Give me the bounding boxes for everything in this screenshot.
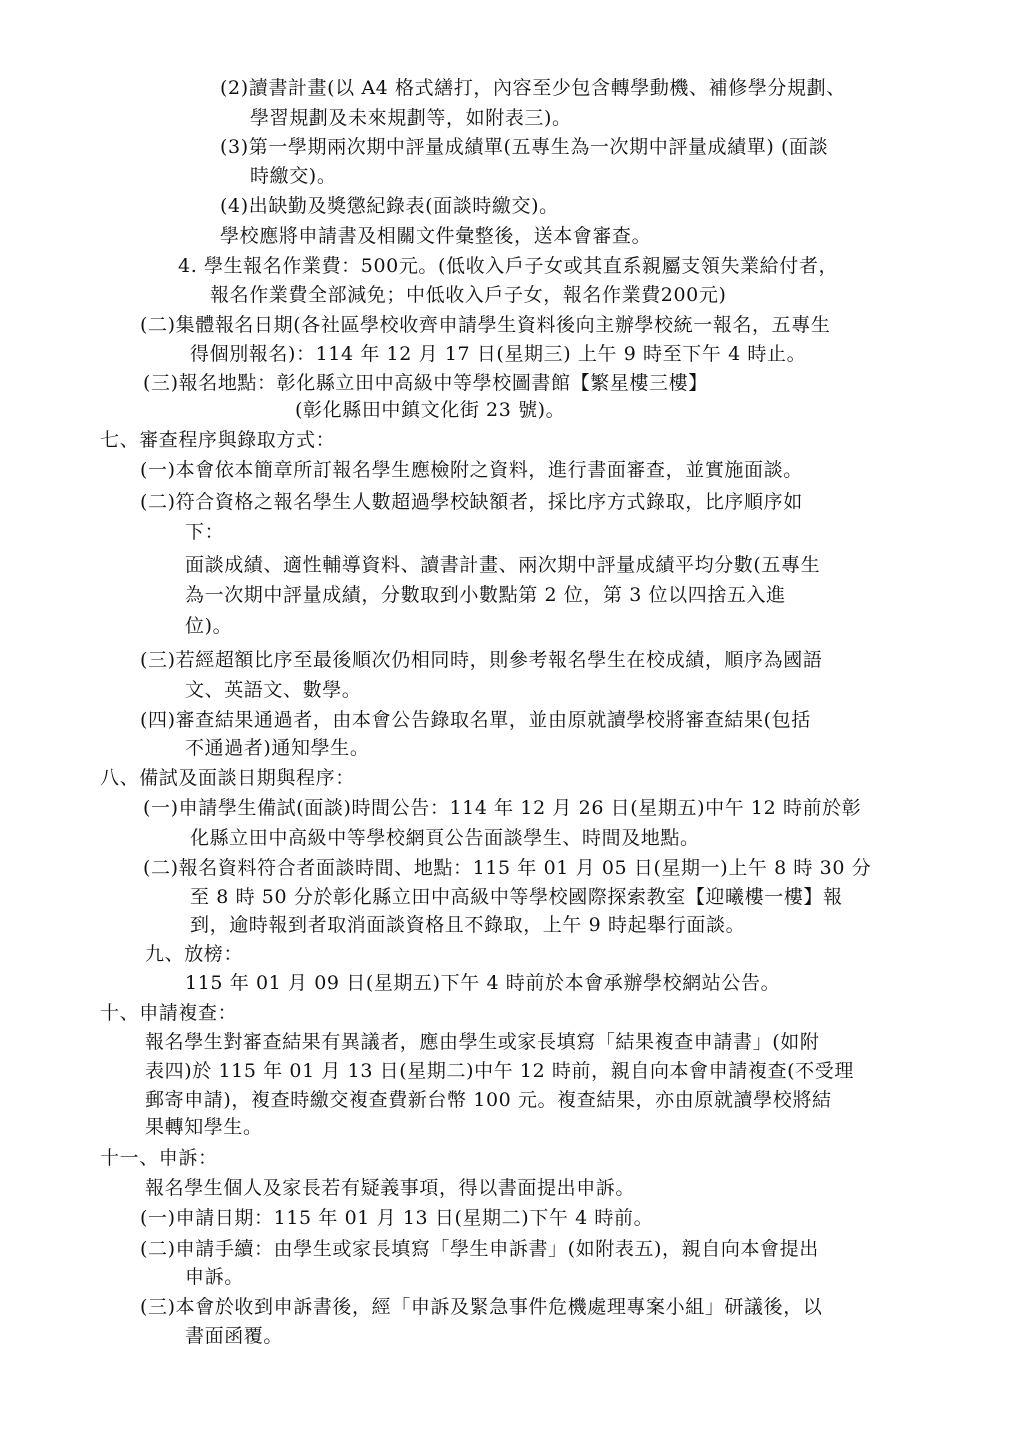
text-line: (二)申請手續：由學生或家長填寫「學生申訴書」(如附表五)，親自向本會提出 bbox=[140, 1237, 819, 1261]
text-line: 學習規劃及未來規劃等，如附表三)。 bbox=[250, 106, 572, 130]
section-heading: 九、放榜： bbox=[145, 942, 243, 966]
text-line: 申訴。 bbox=[185, 1265, 244, 1289]
text-line: 得個別報名)：114 年 12 月 17 日(星期三) 上午 9 時至下午 4 … bbox=[190, 342, 806, 366]
text-line: 不通過者)通知學生。 bbox=[185, 736, 369, 760]
text-line: 時繳交)。 bbox=[250, 164, 336, 188]
text-line: (三)報名地點：彰化縣立田中高級中等學校圖書館【繁星樓三樓】 bbox=[143, 371, 708, 395]
text-line: 報名學生對審查結果有異議者，應由學生或家長填寫「結果複查申請書」(如附 bbox=[145, 1030, 819, 1054]
text-line: (一)申請學生備試(面談)時間公告：114 年 12 月 26 日(星期五)中午… bbox=[143, 796, 861, 820]
text-line: 到，逾時報到者取消面談資格且不錄取，上午 9 時起舉行面談。 bbox=[190, 913, 745, 937]
text-line: (四)審查結果通過者，由本會公告錄取名單，並由原就讀學校將審查結果(包括 bbox=[140, 708, 811, 732]
text-line: 學校應將申請書及相關文件彙整後，送本會審查。 bbox=[220, 224, 651, 248]
text-line: 至 8 時 50 分於彰化縣立田中高級中等學校國際探索教室【迎曦樓一樓】報 bbox=[190, 885, 843, 909]
text-line: 下： bbox=[185, 520, 224, 544]
text-line: 115 年 01 月 09 日(星期五)下午 4 時前於本會承辦學校網站公告。 bbox=[185, 971, 780, 995]
text-line: 書面函覆。 bbox=[185, 1324, 283, 1348]
text-line: 報名學生個人及家長若有疑義事項，得以書面提出申訴。 bbox=[145, 1176, 635, 1200]
text-line: 文、英語文、數學。 bbox=[185, 678, 361, 702]
section-heading: 十、申請複查： bbox=[100, 1001, 237, 1025]
text-line: (二)符合資格之報名學生人數超過學校缺額者，採比序方式錄取，比序順序如 bbox=[140, 490, 803, 514]
text-line: 果轉知學生。 bbox=[145, 1115, 263, 1139]
text-line: (二)報名資料符合者面談時間、地點：115 年 01 月 05 日(星期一)上午… bbox=[143, 856, 871, 880]
text-line: (2)讀書計畫(以 A4 格式繕打，內容至少包含轉學動機、補修學分規劃、 bbox=[220, 76, 846, 100]
section-heading: 七、審查程序與錄取方式： bbox=[100, 428, 335, 452]
text-line: (三)本會於收到申訴書後，經「申訴及緊急事件危機處理專案小組」研議後，以 bbox=[140, 1295, 822, 1319]
text-line: (二)集體報名日期(各社區學校收齊申請學生資料後向主辦學校統一報名，五專生 bbox=[140, 313, 830, 337]
text-line: 為一次期中評量成績，分數取到小數點第 2 位，第 3 位以四捨五入進 bbox=[185, 583, 786, 607]
text-line: 4. 學生報名作業費：500元。(低收入戶子女或其直系親屬支領失業給付者， bbox=[178, 254, 838, 278]
text-line: (一)申請日期：115 年 01 月 13 日(星期二)下午 4 時前。 bbox=[140, 1206, 653, 1230]
section-heading: 八、備試及面談日期與程序： bbox=[100, 766, 355, 790]
section-heading: 十一、申訴： bbox=[100, 1146, 218, 1170]
text-line: 表四)於 115 年 01 月 13 日(星期二)中午 12 時前，親自向本會申… bbox=[145, 1059, 854, 1083]
text-line: (3)第一學期兩次期中評量成績單(五專生為一次期中評量成績單) (面談 bbox=[220, 135, 828, 159]
text-line: (三)若經超額比序至最後順次仍相同時，則參考報名學生在校成績，順序為國語 bbox=[140, 648, 822, 672]
text-line: 化縣立田中高級中等學校網頁公告面談學生、時間及地點。 bbox=[190, 826, 700, 850]
text-line: 面談成績、適性輔導資料、讀書計畫、兩次期中評量成績平均分數(五專生 bbox=[185, 553, 820, 577]
text-line: 位)。 bbox=[185, 614, 232, 638]
document-page: (2)讀書計畫(以 A4 格式繕打，內容至少包含轉學動機、補修學分規劃、學習規劃… bbox=[0, 0, 1024, 1448]
text-line: (彰化縣田中鎮文化街 23 號)。 bbox=[295, 398, 565, 422]
text-line: 報名作業費全部減免；中低收入戶子女，報名作業費200元) bbox=[210, 283, 726, 307]
text-line: (4)出缺勤及獎懲紀錄表(面談時繳交)。 bbox=[220, 194, 559, 218]
text-line: (一)本會依本簡章所訂報名學生應檢附之資料，進行書面審查，並實施面談。 bbox=[140, 458, 803, 482]
text-line: 郵寄申請)，複查時繳交複查費新台幣 100 元。複查結果，亦由原就讀學校將結 bbox=[145, 1088, 832, 1112]
